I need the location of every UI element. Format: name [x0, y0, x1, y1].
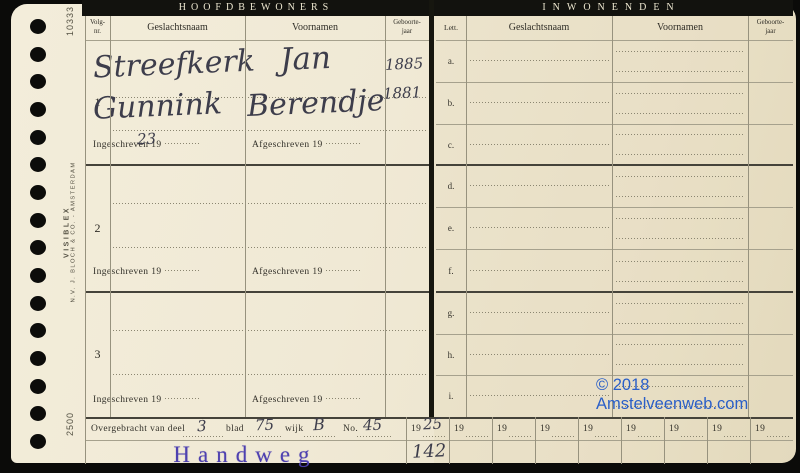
column-header-geslachtsnaam: Geslachtsnaam: [466, 22, 612, 33]
dotted-line: [113, 247, 426, 248]
handwritten-register-number: 142: [412, 442, 447, 461]
stock-number-bottom: 2500: [65, 412, 75, 436]
dotted-line: [616, 323, 745, 324]
punch-hole: [30, 240, 46, 255]
handwritten-wijk: B: [313, 417, 325, 433]
grid-line: [664, 417, 665, 464]
handwritten-firstname: Jan: [279, 43, 331, 76]
dotted-line: [616, 281, 745, 282]
grid-line: [110, 16, 111, 417]
grid-line: [436, 124, 793, 125]
grid-line: [436, 82, 793, 83]
dotted-line: [616, 134, 745, 135]
fill-in-line: [357, 436, 391, 437]
dotted-line: [616, 154, 745, 155]
column-header-voornamen: Voornamen: [612, 22, 748, 33]
dotted-line: [616, 238, 745, 239]
grid-line: [85, 40, 429, 41]
copyright-watermark: © 2018 Amstelveenweb.com: [596, 376, 800, 414]
dotted-line: [616, 218, 745, 219]
fill-in-line: [466, 436, 489, 437]
fill-in-line: [326, 143, 360, 144]
row-letter: f.: [436, 249, 466, 292]
punch-hole: [30, 185, 46, 200]
fill-in-line: [183, 436, 223, 437]
dotted-line: [616, 51, 745, 52]
handwritten-year: 25: [423, 417, 443, 433]
punch-hole: [30, 102, 46, 117]
punch-hole: [30, 323, 46, 338]
punch-hole: [30, 130, 46, 145]
year-column-label: 19: [454, 424, 464, 434]
grid-line: [449, 417, 450, 464]
fill-in-line: [595, 436, 618, 437]
dotted-line: [113, 203, 426, 204]
volgnr-line2: nr.: [94, 28, 101, 35]
row-letter: h.: [436, 334, 466, 375]
fill-in-line: [165, 270, 199, 271]
fill-in-line: [165, 143, 199, 144]
handwritten-surname: Streefkerk: [92, 46, 255, 83]
fill-in-line: [681, 436, 704, 437]
section-title-inwonenden: INWONENDEN: [430, 0, 793, 16]
dotted-line: [113, 330, 426, 331]
dotted-line: [470, 395, 609, 396]
year-column-label: 19: [497, 424, 507, 434]
punch-hole: [30, 19, 46, 34]
dotted-line: [113, 130, 426, 131]
grid-line: [466, 16, 467, 417]
year-column-label: 19: [755, 424, 765, 434]
grid-line-heavy: [85, 291, 429, 293]
afgeschreven-label: Afgeschreven 19: [252, 140, 360, 150]
fill-in-line: [247, 436, 281, 437]
afgeschreven-text: Afgeschreven 19: [252, 267, 323, 277]
dotted-line: [616, 113, 745, 114]
inwonende-row-a: a.: [436, 40, 793, 82]
grid-line: [750, 417, 751, 464]
ingeschreven-label: Ingeschreven 19: [93, 267, 199, 277]
dotted-line: [616, 261, 745, 262]
dotted-line: [616, 93, 745, 94]
hoofdbewoner-row-3: 3 Ingeschreven 19 Afgeschreven 19: [85, 292, 429, 417]
fill-in-line: [509, 436, 532, 437]
year-column-label: 19: [540, 424, 550, 434]
dotted-line: [616, 176, 745, 177]
punch-hole-strip: [30, 19, 46, 449]
dotted-line: [616, 364, 745, 365]
year-column-label: 19: [583, 424, 593, 434]
handwritten-no: 45: [363, 418, 383, 434]
inwonende-row-b: b.: [436, 82, 793, 124]
overgebracht-label: Overgebracht van deel: [91, 424, 185, 434]
ingeschreven-label: Ingeschreven 19: [93, 395, 199, 405]
geboortejaar-line2: jaar: [402, 28, 412, 35]
grid-line: [85, 417, 86, 464]
grid-line: [436, 207, 793, 208]
punch-hole: [30, 268, 46, 283]
handwritten-ingeschreven-year: 23: [137, 132, 157, 148]
punch-hole: [30, 213, 46, 228]
inwonende-row-h: h.: [436, 334, 793, 375]
dotted-line: [616, 344, 745, 345]
grid-line: [535, 417, 536, 464]
grid-line: [436, 40, 793, 41]
fill-in-line: [423, 436, 445, 437]
handwritten-birthyear: 1881: [383, 85, 422, 102]
grid-line: [436, 334, 793, 335]
maker-brand: VISIBLEX: [64, 161, 71, 302]
geboortejaar-line1: Geboorte-: [393, 19, 421, 26]
dotted-line: [616, 303, 745, 304]
inwonende-row-c: c.: [436, 124, 793, 165]
punch-hole: [30, 74, 46, 89]
volgnr-line1: Volg-: [90, 19, 105, 26]
afgeschreven-label: Afgeschreven 19: [252, 395, 360, 405]
grid-line: [85, 16, 86, 417]
section-title-hoofdbewoners: HOOFDBEWONERS: [82, 0, 430, 16]
hoofdbewoner-row-1: 1 Streefkerk Jan 1885 Gunnink Berendje 1…: [85, 40, 429, 165]
grid-line: [748, 16, 749, 417]
inwonende-row-e: e.: [436, 207, 793, 249]
fill-in-line: [767, 436, 790, 437]
geboortejaar-line2: jaar: [765, 28, 775, 35]
geboortejaar-line1: Geboorte-: [757, 19, 785, 26]
street-name-stamp: Handweg: [85, 442, 406, 468]
grid-line: [385, 16, 386, 417]
dotted-line: [470, 144, 609, 145]
grid-line: [245, 16, 246, 417]
grid-line: [612, 16, 613, 417]
maker-imprint: VISIBLEX N.V. J. BLOCH & CO. - AMSTERDAM: [64, 161, 77, 302]
fill-in-line: [638, 436, 661, 437]
grid-line: [578, 417, 579, 464]
grid-line: [492, 417, 493, 464]
row-letter: d.: [436, 165, 466, 207]
dotted-line: [113, 374, 426, 375]
punch-hole: [30, 434, 46, 449]
handwritten-firstname: Berendje: [246, 86, 385, 122]
handwritten-blad: 75: [255, 418, 275, 434]
hoofdbewoners-table: Volg- nr. Geslachtsnaam Voornamen Geboor…: [85, 16, 429, 417]
grid-line: [406, 417, 407, 464]
row-letter: b.: [436, 82, 466, 124]
maker-company: N.V. J. BLOCH & CO. - AMSTERDAM: [71, 161, 77, 302]
hoofdbewoner-row-2: 2 Ingeschreven 19 Afgeschreven 19: [85, 165, 429, 292]
afgeschreven-label: Afgeschreven 19: [252, 267, 360, 277]
afgeschreven-text: Afgeschreven 19: [252, 140, 323, 150]
inwonenden-table: Lett. Geslachtsnaam Voornamen Geboorte- …: [436, 16, 793, 417]
inwonende-row-d: d.: [436, 165, 793, 207]
punch-hole: [30, 47, 46, 62]
row-letter: e.: [436, 207, 466, 249]
column-header-geslachtsnaam: Geslachtsnaam: [110, 22, 245, 33]
year-column-label: 19: [626, 424, 636, 434]
year-column-label: 19: [669, 424, 679, 434]
grid-line-heavy: [436, 291, 793, 293]
row-letter: c.: [436, 124, 466, 165]
year-column-label: 19: [712, 424, 722, 434]
inwonende-row-f: f.: [436, 249, 793, 292]
punch-hole: [30, 379, 46, 394]
fill-in-line: [304, 436, 337, 437]
inwonende-row-g: g.: [436, 292, 793, 334]
afgeschreven-text: Afgeschreven 19: [252, 395, 323, 405]
footer-strip: Overgebracht van deel 3 blad 75 wijk B N…: [85, 417, 793, 464]
scanned-register-card-page: 10333 VISIBLEX N.V. J. BLOCH & CO. - AMS…: [0, 0, 800, 473]
year-prefix: 19: [411, 424, 421, 434]
handwritten-deel: 3: [197, 419, 207, 434]
dotted-line: [470, 354, 609, 355]
grid-line: [436, 249, 793, 250]
grid-line-heavy: [436, 164, 793, 166]
ingeschreven-text: Ingeschreven 19: [93, 395, 162, 405]
dotted-line: [616, 71, 745, 72]
grid-line-heavy: [85, 164, 429, 166]
dotted-line: [470, 60, 609, 61]
column-header-geboortejaar: Geboorte- jaar: [385, 19, 429, 37]
blad-label: blad: [226, 424, 244, 434]
handwritten-surname: Gunnink: [92, 89, 222, 125]
row-letter: a.: [436, 40, 466, 82]
punch-hole: [30, 406, 46, 421]
grid-line: [621, 417, 622, 464]
column-header-geboortejaar: Geboorte- jaar: [748, 19, 793, 37]
column-header-volgnr: Volg- nr.: [85, 19, 110, 37]
wijk-label: wijk: [285, 424, 304, 434]
row-letter: i.: [436, 375, 466, 417]
grid-line: [707, 417, 708, 464]
fill-in-line: [326, 270, 360, 271]
row-letter: g.: [436, 292, 466, 334]
handwritten-birthyear: 1885: [385, 56, 424, 73]
fill-in-line: [552, 436, 575, 437]
section-divider: [429, 0, 434, 417]
dotted-line: [470, 102, 609, 103]
column-header-voornamen: Voornamen: [245, 22, 385, 33]
punch-hole: [30, 351, 46, 366]
dotted-line: [616, 196, 745, 197]
ingeschreven-text: Ingeschreven 19: [93, 267, 162, 277]
punch-hole: [30, 296, 46, 311]
header-band: HOOFDBEWONERS INWONENDEN: [82, 0, 793, 16]
stock-number-top: 10333: [65, 6, 75, 36]
dotted-line: [470, 227, 609, 228]
no-label: No.: [343, 424, 358, 434]
column-header-lett: Lett.: [436, 23, 466, 32]
dotted-line: [470, 185, 609, 186]
fill-in-line: [326, 398, 360, 399]
fill-in-line: [165, 398, 199, 399]
dotted-line: [470, 270, 609, 271]
fill-in-line: [724, 436, 747, 437]
dotted-line: [470, 312, 609, 313]
punch-hole: [30, 157, 46, 172]
